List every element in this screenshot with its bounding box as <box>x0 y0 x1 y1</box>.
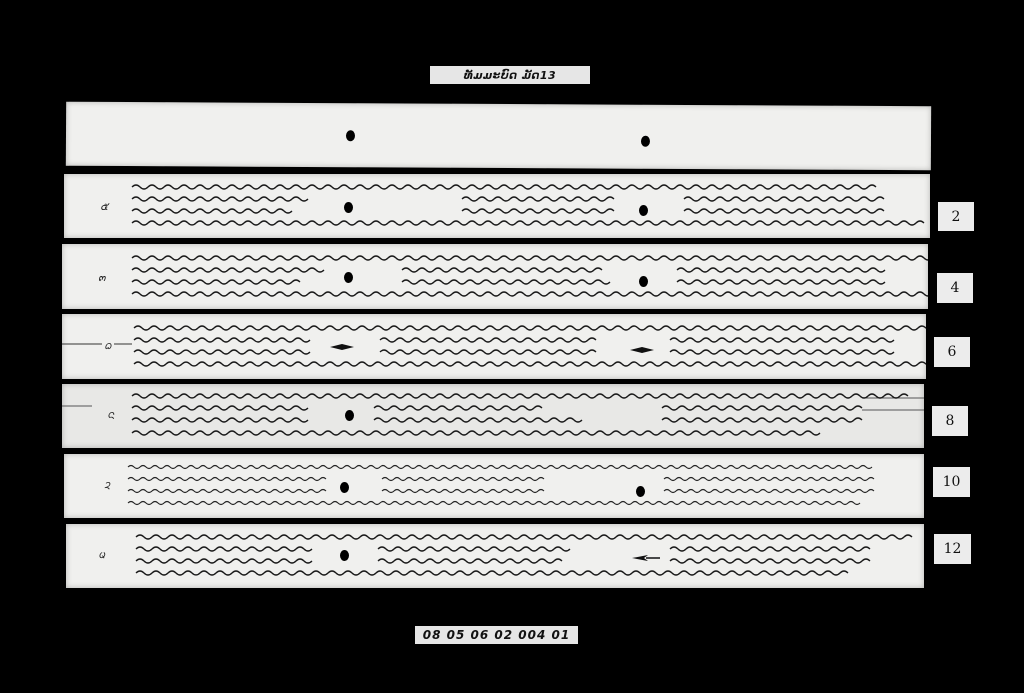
folio-label-2: 2 <box>938 202 974 231</box>
folio-label-8: 8 <box>932 406 968 436</box>
folio-label-10: 10 <box>933 467 970 497</box>
script-lines <box>62 244 928 309</box>
spindle-mark <box>630 347 654 353</box>
folio-label-6: 6 <box>934 337 970 367</box>
folio-label-4: 4 <box>937 273 973 303</box>
script-lines <box>62 314 926 379</box>
string-hole-left <box>346 130 355 141</box>
manuscript-leaf-5: ᨯ <box>64 454 924 518</box>
script-lines <box>62 384 924 448</box>
script-lines <box>66 524 924 588</box>
manuscript-leaf-1: ๕ <box>64 174 930 238</box>
script-lines <box>64 174 930 238</box>
catalog-id-label: 08 05 06 02 004 01 <box>415 626 578 644</box>
script-lines <box>64 454 924 518</box>
spindle-mark <box>330 344 354 350</box>
manuscript-leaf-6: ᨾ <box>66 524 924 588</box>
manuscript-title-label: ທັມມະບົດ ມັດ13 <box>430 66 590 84</box>
manuscript-leaf-4: ᨶ <box>62 384 924 448</box>
arrow-mark <box>632 555 648 561</box>
string-hole-right <box>641 136 650 147</box>
cover-leaf <box>66 102 931 171</box>
manuscript-leaf-2: ๓ <box>62 244 928 309</box>
manuscript-leaf-3: ᨵ <box>62 314 926 379</box>
folio-label-12: 12 <box>934 534 971 564</box>
